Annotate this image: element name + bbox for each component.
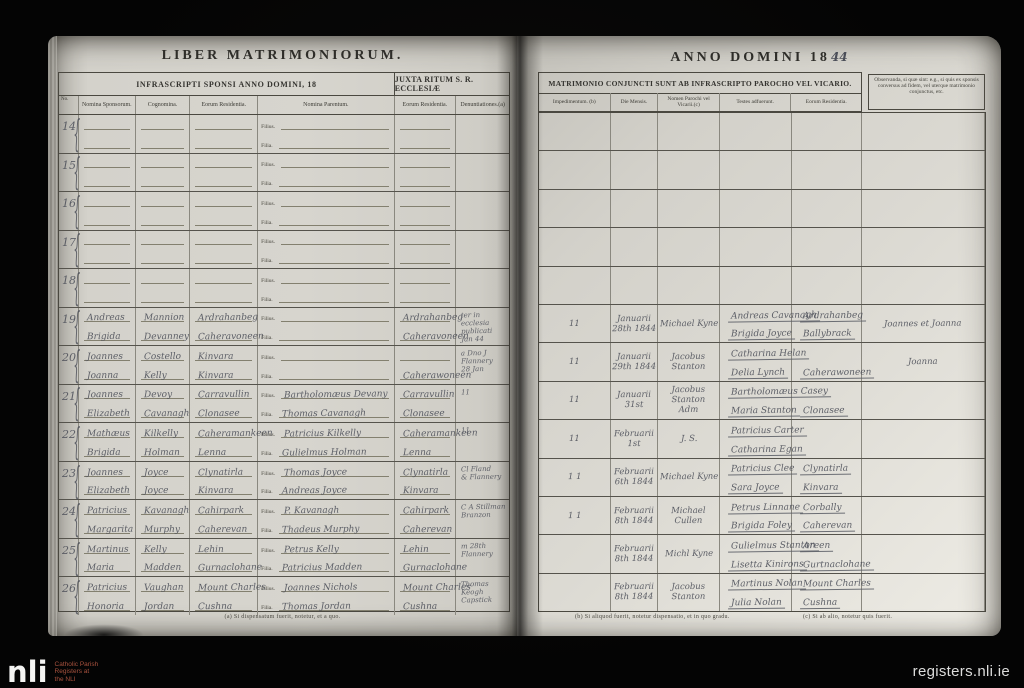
parentum-cell: Filius.Petrus KellyFilia.Patricius Madde… [258, 539, 394, 577]
entry-line: Filius.Patricius Kilkelly [258, 423, 393, 442]
observanda-cell [862, 267, 985, 304]
subheader-sponsi: INFRASCRIPTI SPONSI ANNO DOMINI, 18 [59, 73, 395, 95]
handwritten-entry: Thomas Joyce [284, 467, 347, 478]
rule-line: Brigida [84, 340, 130, 341]
cognomina-cell [136, 231, 191, 269]
handwritten-entry: Jordan [144, 602, 174, 612]
parentum-cell: Filius.Filia. [258, 115, 394, 153]
register-row: 26{PatriciusHonoriaVaughanJordanMount Ch… [59, 576, 509, 615]
handwritten-entry: Michael Cullen [658, 505, 719, 526]
entry-line: Kavanagh [136, 500, 190, 519]
handwritten-entry: Joannes et Joanna [884, 318, 962, 329]
column-header-impedimentum: Impedimentum. (b) [539, 93, 611, 111]
register-row: 17{Filius.Filia. [59, 230, 509, 269]
cognomina-cell [136, 269, 191, 307]
entry-line: Maria Stanton [720, 400, 791, 419]
observanda-cell [862, 535, 985, 572]
die-mensis-cell [611, 113, 659, 150]
handwritten-entry: Gurnaclohane [198, 563, 262, 574]
testium-residentia-cell: Caherawoneen [792, 343, 862, 380]
entry-line: Lehin [190, 539, 257, 558]
cognomina-cell: KavanaghMurphy [136, 500, 191, 538]
nomen-parochi-cell: Jacobus Stanton [658, 574, 720, 611]
rule-line: Murphy [141, 533, 185, 534]
handwritten-entry: Thadeus Murphy [282, 524, 360, 535]
residentia-b-cell: CahirparkCaherevan [395, 500, 457, 538]
handwritten-note [456, 153, 509, 157]
entry-line: Vaughan [136, 577, 190, 596]
entry-line: Filius.Joannes Nichols [258, 577, 393, 596]
entry-line: Filius.Bartholomæus Devany [258, 385, 393, 404]
entry-line: Ardrahanbeg [190, 308, 257, 327]
handwritten-entry: Devanney [144, 332, 189, 343]
sponsorum-cell: MartinusMaria [79, 539, 136, 577]
testes-cell: Martinus NolanJulia Nolan [720, 574, 792, 611]
die-mensis-cell: Februarii 8th 1844 [611, 497, 659, 534]
entry-line: Filia. [258, 249, 393, 268]
rule-line: Cushna [400, 610, 451, 611]
right-register-table: MATRIMONIO CONJUNCTI SUNT AB INFRASCRIPT… [538, 72, 986, 612]
rule-line: Andreas [84, 321, 130, 322]
entry-line: Elizabeth [79, 403, 135, 422]
parentum-cell: Filius.Bartholomæus DevanyFilia.Thomas C… [258, 385, 394, 423]
handwritten-entry: Lehin [198, 544, 224, 554]
sponsorum-cell: AndreasBrigida [79, 308, 136, 346]
rule-line [400, 129, 451, 130]
denuntiationes-cell: 11 [456, 385, 509, 423]
entry-line: Caheravoneen [190, 326, 257, 345]
register-row: 11Februarii 1stJ. S.Patricius CarterCath… [539, 419, 985, 457]
nomen-parochi-cell [658, 228, 720, 265]
handwritten-entry: Patricius [87, 506, 127, 517]
left-register-rows: 14{Filius.Filia.15{Filius.Filia.16{Filiu… [59, 115, 509, 615]
entry-line [136, 172, 190, 191]
cognomina-cell: CostelloKelly [136, 346, 191, 384]
impedimentum-cell [539, 535, 611, 572]
die-mensis-cell [611, 267, 659, 304]
impedimentum-cell [539, 190, 611, 227]
parentum-cell: Filius.Filia. [258, 231, 394, 269]
rule-line [84, 129, 130, 130]
rule-line: Mathæus [84, 437, 130, 438]
entry-line [79, 172, 135, 191]
observanda-note: Observanda, si quæ sint: e.g., si quis e… [868, 74, 985, 110]
die-mensis-cell [611, 228, 659, 265]
entry-line: Gurnaclohane [395, 558, 456, 577]
entry-line: Cavanagh [136, 403, 190, 422]
rule-line: Lenna [400, 456, 451, 457]
handwritten-entry: Januarii 29th 1844 [612, 352, 656, 372]
observanda-cell [862, 228, 985, 265]
die-mensis-cell: Januarii 29th 1844 [611, 343, 659, 380]
rule-line: Thadeus Murphy [279, 533, 389, 534]
rule-line: Holman [141, 456, 185, 457]
rule-line: Elizabeth [84, 417, 130, 418]
residentia-cell [190, 115, 258, 153]
entry-line: Catharina Egan [720, 439, 791, 458]
entry-line: Clynatirla [792, 459, 861, 478]
die-mensis-cell: Januarii 28th 1844 [611, 305, 659, 342]
handwritten-entry: Joyce [144, 486, 169, 496]
rule-line [279, 186, 389, 187]
rule-line [281, 283, 388, 284]
entry-line: Mount Charles [395, 577, 456, 596]
die-mensis-cell: Februarii 8th 1844 [611, 535, 659, 572]
testium-residentia-cell: ClynatirlaKinvara [792, 459, 862, 496]
cognomina-cell: MannionDevanney [136, 308, 191, 346]
rule-line: Clynatirla [195, 476, 252, 477]
entry-line: Lisetta Kinirons [720, 554, 791, 573]
testes-cell [720, 113, 792, 150]
rule-line [84, 244, 130, 245]
entry-line [792, 439, 861, 458]
entry-line: Caherawoneen [395, 365, 456, 384]
register-row: 22{MathæusBrigidaKilkellyHolmanCaheraman… [59, 422, 509, 461]
handwritten-entry: Lenna [402, 448, 430, 458]
handwritten-entry: Clonasee [198, 409, 240, 420]
entry-line: Jordan [136, 596, 190, 615]
entry-line [190, 269, 257, 288]
parent-label: Filia. [261, 412, 272, 418]
rule-line: Carravullin [195, 398, 252, 399]
die-mensis-cell: Februarii 1st [611, 420, 659, 457]
impedimentum-cell: 1 1 [539, 459, 611, 496]
entry-line: Joannes [79, 385, 135, 404]
entry-line: Patricius Carter [720, 420, 791, 439]
rule-line: Brigida [84, 456, 130, 457]
rule-line [279, 263, 389, 264]
handwritten-entry: Kilkelly [144, 429, 178, 439]
entry-line [792, 267, 861, 286]
handwritten-entry: Julia Nolan [728, 598, 785, 610]
rule-line [279, 225, 389, 226]
entry-line [79, 249, 135, 268]
rule-line: Kelly [141, 553, 185, 554]
column-header-die-mensis: Die Mensis. [611, 93, 659, 111]
residentia-cell [190, 192, 258, 230]
parent-label: Filia. [261, 143, 272, 149]
rule-line [195, 263, 252, 264]
entry-line: Clonasee [190, 403, 257, 422]
rule-line [281, 206, 388, 207]
rule-line [281, 360, 388, 361]
entry-line: Margarita [79, 519, 135, 538]
handwritten-entry: Cahirpark [198, 506, 244, 517]
sponsorum-cell: JoannesElizabeth [79, 462, 136, 500]
entry-line [79, 288, 135, 307]
handwritten-entry: Patricius Kilkelly [284, 428, 361, 439]
parent-label: Filia. [261, 297, 272, 303]
entry-line: Mount Charles [190, 577, 257, 596]
residentia-cell: LehinGurnaclohane [190, 539, 258, 577]
handwritten-entry: Clonasee [800, 406, 848, 418]
entry-line: Filius. [258, 231, 393, 250]
entry-line [136, 134, 190, 153]
handwritten-note: m 28th Flannery [456, 538, 509, 558]
entry-line: Brigida Foley [720, 516, 791, 535]
handwritten-entry: Jacobus Stanton [658, 352, 719, 373]
entry-line: Lenna [190, 442, 257, 461]
entry-line [136, 154, 190, 173]
row-number-cell: 21{ [59, 385, 79, 423]
residentia-b-cell [395, 192, 457, 230]
rule-line: Patricius [84, 591, 130, 592]
testium-residentia-cell: AreenGurtnaclohane [792, 535, 862, 572]
sponsorum-cell [79, 192, 136, 230]
parentum-cell: Filius.Filia. [258, 154, 394, 192]
parentum-cell: Filius.Filia. [258, 269, 394, 307]
entry-line: Lehin [395, 539, 456, 558]
entry-line: Filius. [258, 308, 393, 327]
entry-line: Filia. [258, 211, 393, 230]
handwritten-entry: Februarii 8th 1844 [614, 544, 654, 564]
entry-line: Patricius [79, 577, 135, 596]
rule-line: Joannes [84, 360, 130, 361]
rule-line [400, 283, 451, 284]
handwritten-entry: Elizabeth [87, 486, 130, 497]
entry-line [720, 247, 791, 266]
handwritten-entry: Joannes Nichols [284, 583, 357, 594]
row-number-cell: 26{ [59, 577, 79, 615]
entry-line [395, 231, 456, 250]
entry-line: Filia.Thomas Jordan [258, 596, 393, 615]
register-row [539, 150, 985, 188]
die-mensis-cell [611, 151, 659, 188]
entry-line: Filia.Gulielmus Holman [258, 442, 393, 461]
entry-line [792, 132, 861, 151]
handwritten-entry: Patricius [87, 583, 127, 594]
handwritten-entry: Kavanagh [144, 506, 189, 517]
residentia-b-cell: CaheramankeenLenna [395, 423, 457, 461]
handwritten-note: Thomas Keogh Capstick [456, 577, 509, 605]
handwritten-entry: Jacobus Stanton Adm [658, 385, 719, 416]
parent-label: Filia. [261, 528, 272, 534]
handwritten-entry: Vaughan [144, 583, 184, 594]
denuntiationes-cell [456, 231, 509, 269]
entry-line [720, 208, 791, 227]
impedimentum-cell [539, 267, 611, 304]
rule-line: Carravullin [400, 398, 451, 399]
rule-line: Caheramankeen [195, 437, 252, 438]
register-row: 15{Filius.Filia. [59, 153, 509, 192]
residentia-b-cell: Mount CharlesCushna [395, 577, 457, 615]
entry-line: Joyce [136, 462, 190, 481]
residentia-b-cell: ArdrahanbegCaheravoneen [395, 308, 457, 346]
entry-line: Sara Joyce [720, 477, 791, 496]
testes-cell: Petrus LinnaneBrigida Foley [720, 497, 792, 534]
entry-line: Kilkelly [136, 423, 190, 442]
cognomina-cell: DevoyCavanagh [136, 385, 191, 423]
entry-line [720, 132, 791, 151]
rule-line [141, 206, 185, 207]
entry-line [79, 192, 135, 211]
handwritten-note [456, 230, 509, 234]
entry-line [720, 113, 791, 132]
handwritten-entry: Brigida Foley [728, 521, 795, 533]
entry-line: Filia.Andreas Joyce [258, 481, 393, 500]
entry-line: Ardrahanbeg [395, 308, 456, 327]
handwritten-entry: 11 [569, 395, 580, 405]
left-table-subheader: INFRASCRIPTI SPONSI ANNO DOMINI, 18 JUXT… [59, 73, 509, 96]
entry-line: Kelly [136, 365, 190, 384]
sponsorum-cell [79, 154, 136, 192]
entry-line [792, 208, 861, 227]
left-footnote: (a) Si dispensatum fuerit, notetur, et a… [48, 614, 517, 620]
scan-viewer: LIBER MATRIMONIORUM. INFRASCRIPTI SPONSI… [0, 0, 1024, 688]
rule-line [400, 186, 451, 187]
entry-line [720, 170, 791, 189]
sponsorum-cell: PatriciusMargarita [79, 500, 136, 538]
parent-label: Filius. [261, 471, 275, 477]
entry-line: Lenna [395, 442, 456, 461]
rule-line: Kinvara [195, 379, 252, 380]
testium-residentia-cell: Clonasee [792, 382, 862, 419]
parentum-cell: Filius.Filia. [258, 192, 394, 230]
rule-line: Lenna [195, 456, 252, 457]
handwritten-entry: Lehin [402, 544, 428, 554]
rule-line: Mannion [141, 321, 185, 322]
cognomina-cell: JoyceJoyce [136, 462, 191, 500]
entry-line [395, 192, 456, 211]
row-number-cell: 18{ [59, 269, 79, 307]
rule-line: Caheravoneen [400, 340, 451, 341]
handwritten-entry: Honoria [87, 602, 124, 613]
handwritten-entry: 11 [569, 319, 580, 329]
handwritten-entry: 11 [569, 434, 580, 444]
entry-line: Caherevan [395, 519, 456, 538]
register-row: 11Januarii 29th 1844Jacobus StantonCatha… [539, 342, 985, 380]
entry-line [792, 190, 861, 209]
handwritten-entry: Margarita [87, 525, 133, 536]
handwritten-entry: 1 1 [568, 511, 582, 521]
entry-line [720, 267, 791, 286]
register-row: 1 1Februarii 8th 1844Michael CullenPetru… [539, 496, 985, 534]
handwritten-note [456, 192, 509, 196]
handwritten-entry: Joyce [144, 467, 169, 477]
rule-line: Madden [141, 571, 185, 572]
parent-label: Filius. [261, 162, 275, 168]
rule-line: Joannes [84, 398, 130, 399]
row-number-cell: 20{ [59, 346, 79, 384]
entry-line [136, 211, 190, 230]
rule-line [141, 225, 185, 226]
entry-line: Filius. [258, 346, 393, 365]
rule-line: Mount Charles [195, 591, 252, 592]
entry-line: Carravullin [395, 385, 456, 404]
parent-label: Filius. [261, 316, 275, 322]
entry-line: Joanna [79, 365, 135, 384]
rule-line: Clynatirla [400, 476, 451, 477]
parentum-cell: Filius.Patricius KilkellyFilia.Gulielmus… [258, 423, 394, 461]
nomen-parochi-cell [658, 190, 720, 227]
residentia-b-cell [395, 115, 457, 153]
entry-line [395, 154, 456, 173]
handwritten-entry: Cavanagh [144, 409, 190, 420]
entry-line: Filia. [258, 326, 393, 345]
handwritten-entry: Delia Lynch [728, 367, 788, 379]
sponsorum-cell: JoannesElizabeth [79, 385, 136, 423]
rule-line: Patricius Madden [279, 571, 389, 572]
handwritten-entry: Thomas Cavanagh [282, 409, 366, 420]
entry-line [190, 288, 257, 307]
entry-line: Kinvara [792, 477, 861, 496]
entry-line: Caherevan [190, 519, 257, 538]
rule-line [281, 321, 388, 322]
register-row [539, 227, 985, 265]
residentia-cell: CahirparkCaherevan [190, 500, 258, 538]
die-mensis-cell: Februarii 6th 1844 [611, 459, 659, 496]
sponsorum-cell: MathæusBrigida [79, 423, 136, 461]
entry-line [190, 172, 257, 191]
residentia-cell: Mount CharlesCushna [190, 577, 258, 615]
observanda-cell [862, 459, 985, 496]
rule-line [84, 167, 130, 168]
handwritten-entry: Michael Kyne [660, 472, 718, 483]
impedimentum-cell: 11 [539, 343, 611, 380]
rule-line [84, 148, 130, 149]
entry-line: Kelly [136, 539, 190, 558]
handwritten-entry: Maria [87, 563, 114, 573]
rule-line [195, 167, 252, 168]
entry-line: Devanney [136, 326, 190, 345]
rule-line [279, 340, 389, 341]
row-number-cell: 25{ [59, 539, 79, 577]
impedimentum-cell: 11 [539, 305, 611, 342]
handwritten-entry: Elizabeth [87, 409, 130, 420]
rule-line: Clonasee [195, 417, 252, 418]
row-number-cell: 14{ [59, 115, 79, 153]
handwritten-note: Cl Fland & Flannery [456, 461, 509, 481]
entry-line [79, 269, 135, 288]
entry-line: Filius. [258, 154, 393, 173]
subheader-ritum: JUXTA RITUM S. R. ECCLESIÆ [395, 73, 509, 95]
rule-line: Joyce [141, 494, 185, 495]
rule-line [400, 263, 451, 264]
rule-line: Maria [84, 571, 130, 572]
entry-line [190, 211, 257, 230]
handwritten-entry: Carravullin [402, 390, 454, 401]
denuntiationes-cell: Thomas Keogh Capstick [456, 577, 509, 615]
entry-line: Brigida [79, 442, 135, 461]
observanda-cell [862, 420, 985, 457]
entry-line: Corbally [792, 497, 861, 516]
entry-line [79, 134, 135, 153]
parent-label: Filius. [261, 239, 275, 245]
entry-line [395, 288, 456, 307]
denuntiationes-cell [456, 269, 509, 307]
entry-line: Gurnaclohane [190, 558, 257, 577]
die-mensis-cell: Januarii 31st [611, 382, 659, 419]
handwritten-entry: Kinvara [402, 486, 438, 496]
handwritten-entry: Joannes [87, 390, 123, 401]
rule-line [84, 186, 130, 187]
residentia-cell: ArdrahanbegCaheravoneen [190, 308, 258, 346]
entry-line [792, 151, 861, 170]
parent-label: Filia. [261, 605, 272, 611]
rule-line [279, 379, 389, 380]
entry-line: Joyce [136, 481, 190, 500]
row-number-cell: 16{ [59, 192, 79, 230]
entry-line: Filia. [258, 134, 393, 153]
sponsorum-cell [79, 115, 136, 153]
handwritten-entry: Clynatirla [402, 467, 447, 478]
observanda-cell: Joannes et Joanna [862, 305, 985, 342]
rule-line: Gurnaclohane [400, 571, 451, 572]
rule-line: Bartholomæus Devany [281, 398, 388, 399]
parent-label: Filia. [261, 335, 272, 341]
handwritten-entry: Martinus [87, 544, 129, 555]
parentum-cell: Filius.Joannes NicholsFilia.Thomas Jorda… [258, 577, 394, 615]
